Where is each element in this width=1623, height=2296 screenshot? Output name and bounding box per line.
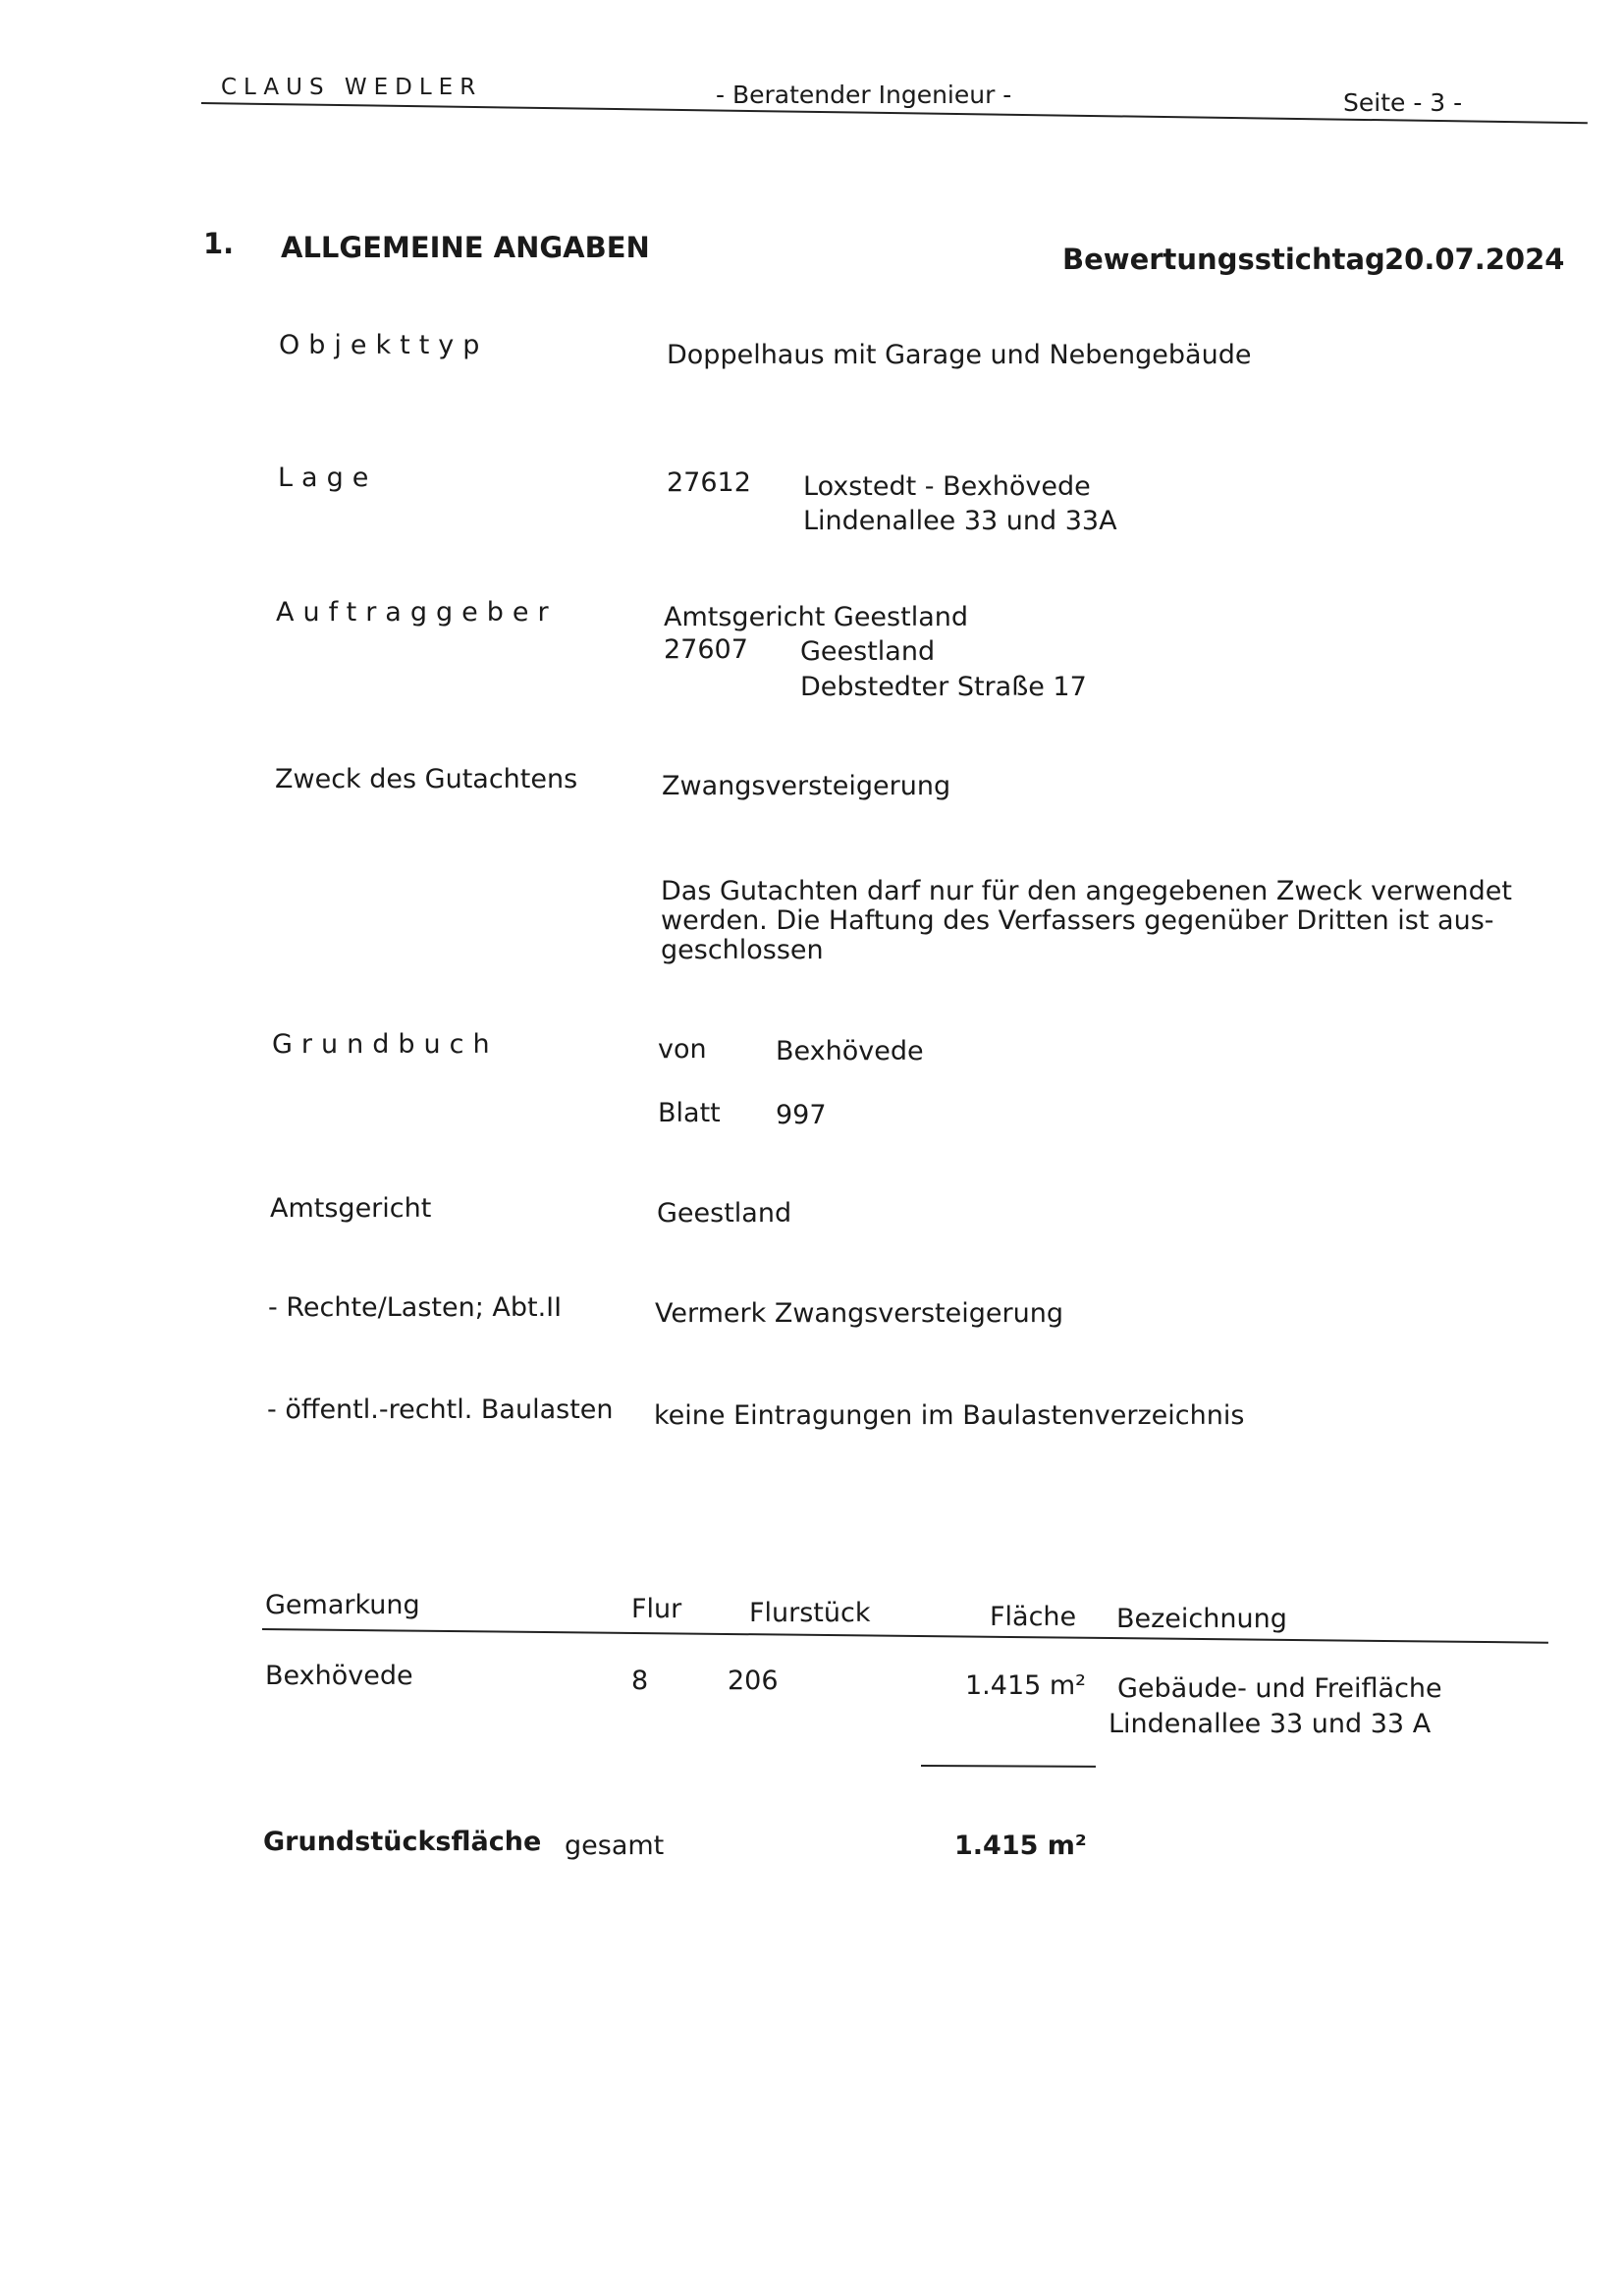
valuation-date: 20.07.2024	[1384, 246, 1564, 274]
valuation-date-label: Bewertungsstichtag	[1062, 246, 1385, 274]
cell-flaeche: 1.415 m²	[965, 1672, 1086, 1699]
cell-bezeichnung-line-2: Lindenallee 33 und 33 A	[1109, 1711, 1431, 1737]
rechte-lasten-value: Vermerk Zwangsversteigerung	[655, 1300, 1063, 1327]
cell-flurstueck: 206	[728, 1667, 779, 1694]
amtsgericht-value: Geestland	[657, 1200, 791, 1227]
author-title: - Beratender Ingenieur -	[716, 82, 1011, 107]
column-header-gemarkung: Gemarkung	[265, 1592, 420, 1618]
lage-city: Loxstedt - Bexhövede	[803, 473, 1091, 500]
column-header-bezeichnung: Bezeichnung	[1116, 1606, 1287, 1632]
author-name: CLAUS WEDLER	[221, 77, 482, 99]
rechte-lasten-label: - Rechte/Lasten; Abt.II	[268, 1294, 562, 1321]
objekttyp-value: Doppelhaus mit Garage und Nebengebäude	[667, 342, 1251, 368]
section-number: 1.	[203, 230, 234, 258]
lage-label: Lage	[278, 465, 377, 491]
sum-rule	[921, 1765, 1096, 1768]
total-value: 1.415 m²	[954, 1832, 1087, 1859]
zweck-value: Zwangsversteigerung	[662, 773, 950, 799]
lage-street: Lindenallee 33 und 33A	[803, 508, 1117, 534]
cell-flur: 8	[631, 1667, 648, 1694]
auftraggeber-city: Geestland	[800, 638, 935, 665]
table-header-rule	[262, 1628, 1548, 1644]
column-header-flur: Flur	[631, 1596, 681, 1622]
cell-bezeichnung-line-1: Gebäude- und Freifläche	[1117, 1675, 1442, 1702]
lage-zip: 27612	[667, 469, 751, 496]
auftraggeber-label: Auftraggeber	[276, 599, 558, 626]
auftraggeber-street: Debstedter Straße 17	[800, 674, 1087, 700]
grundbuch-blatt-value: 997	[776, 1102, 827, 1128]
grundbuch-label: Grundbuch	[272, 1031, 499, 1058]
auftraggeber-name: Amtsgericht Geestland	[664, 604, 968, 630]
baulasten-value: keine Eintragungen im Baulastenverzeichn…	[654, 1402, 1244, 1429]
zweck-label: Zweck des Gutachtens	[275, 766, 577, 793]
auftraggeber-zip: 27607	[664, 636, 748, 663]
disclaimer-line-3: geschlossen	[661, 937, 824, 963]
amtsgericht-label: Amtsgericht	[270, 1195, 431, 1222]
baulasten-label: - öffentl.-rechtl. Baulasten	[267, 1396, 614, 1423]
page-number: Seite - 3 -	[1343, 90, 1462, 115]
section-title: ALLGEMEINE ANGABEN	[281, 234, 650, 262]
grundbuch-von-label: von	[658, 1036, 707, 1063]
disclaimer-line-2: werden. Die Haftung des Verfassers gegen…	[661, 907, 1494, 934]
disclaimer-line-1: Das Gutachten darf nur für den angegeben…	[661, 878, 1512, 904]
grundbuch-blatt-label: Blatt	[658, 1100, 721, 1126]
column-header-flaeche: Fläche	[990, 1604, 1076, 1630]
total-label: Grundstücksfläche	[263, 1829, 541, 1855]
cell-gemarkung: Bexhövede	[265, 1663, 413, 1689]
objekttyp-label: Objekttyp	[279, 332, 488, 358]
grundbuch-von-value: Bexhövede	[776, 1038, 924, 1065]
total-suffix: gesamt	[565, 1832, 664, 1859]
column-header-flurstueck: Flurstück	[749, 1600, 871, 1626]
